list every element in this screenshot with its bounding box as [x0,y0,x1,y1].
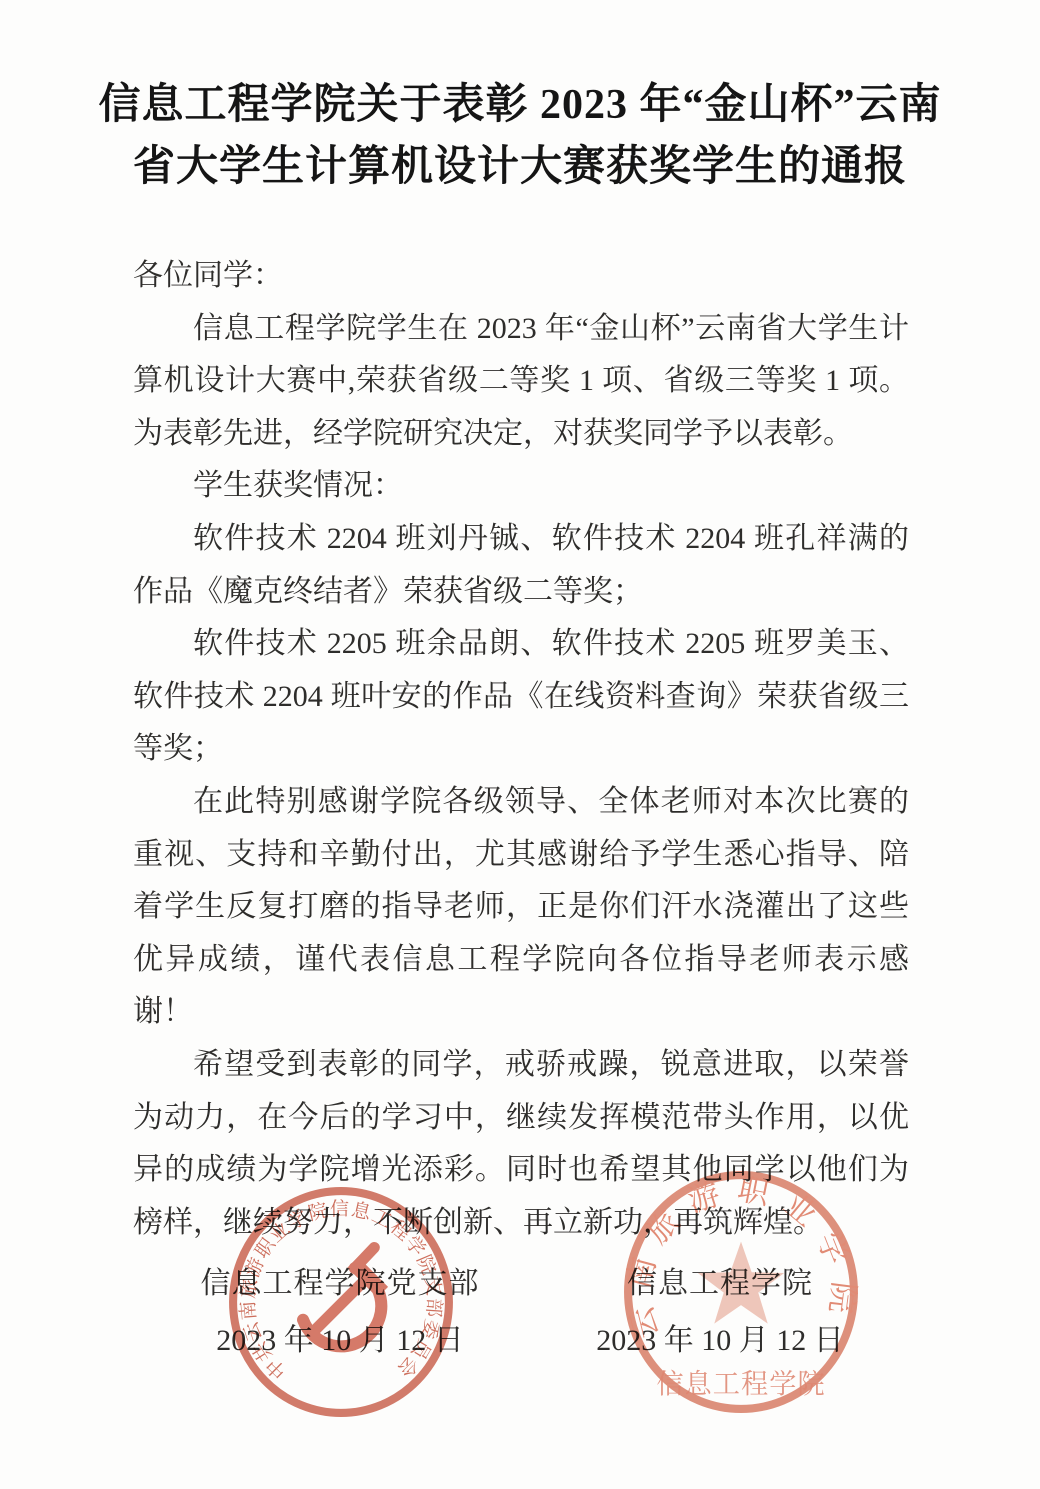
paragraph-third-prize: 软件技术 2205 班余品朗、软件技术 2205 班罗美玉、软件技术 2204 … [133,618,909,776]
paragraph-award-heading: 学生获奖情况： [133,460,909,513]
seal-inner-text: 信息工程学院 [656,1368,825,1399]
signature-block-left: 信息工程学院党支部 2023 年 10 月 12 日 [154,1266,526,1359]
paragraph-thanks: 在此特别感谢学院各级领导、全体老师对本次比赛的重视、支持和辛勤付出，尤其感谢给予… [133,776,909,1039]
paragraph-intro: 信息工程学院学生在 2023 年“金山杯”云南省大学生计算机设计大赛中,荣获省级… [133,303,909,461]
paragraph-second-prize: 软件技术 2204 班刘丹铖、软件技术 2204 班孔祥满的作品《魔克终结者》荣… [133,513,909,618]
document-body: 各位同学： 信息工程学院学生在 2023 年“金山杯”云南省大学生计算机设计大赛… [133,250,909,1249]
title-line-1: 信息工程学院关于表彰 2023 年“金山杯”云南 [90,74,950,136]
signature-left-date: 2023 年 10 月 12 日 [154,1323,526,1359]
document-title: 信息工程学院关于表彰 2023 年“金山杯”云南 省大学生计算机设计大赛获奖学生… [90,74,950,198]
signature-block-right: 信息工程学院 2023 年 10 月 12 日 [534,1266,906,1359]
signature-right-org: 信息工程学院 [534,1266,906,1302]
signature-left-org: 信息工程学院党支部 [154,1266,526,1302]
paragraph-hope: 希望受到表彰的同学，戒骄戒躁，锐意进取，以荣誉为动力，在今后的学习中，继续发挥模… [133,1039,909,1249]
document-page: 信息工程学院关于表彰 2023 年“金山杯”云南 省大学生计算机设计大赛获奖学生… [0,0,1040,1489]
salutation: 各位同学： [133,250,909,303]
signature-right-date: 2023 年 10 月 12 日 [534,1323,906,1359]
title-line-2: 省大学生计算机设计大赛获奖学生的通报 [90,136,950,198]
